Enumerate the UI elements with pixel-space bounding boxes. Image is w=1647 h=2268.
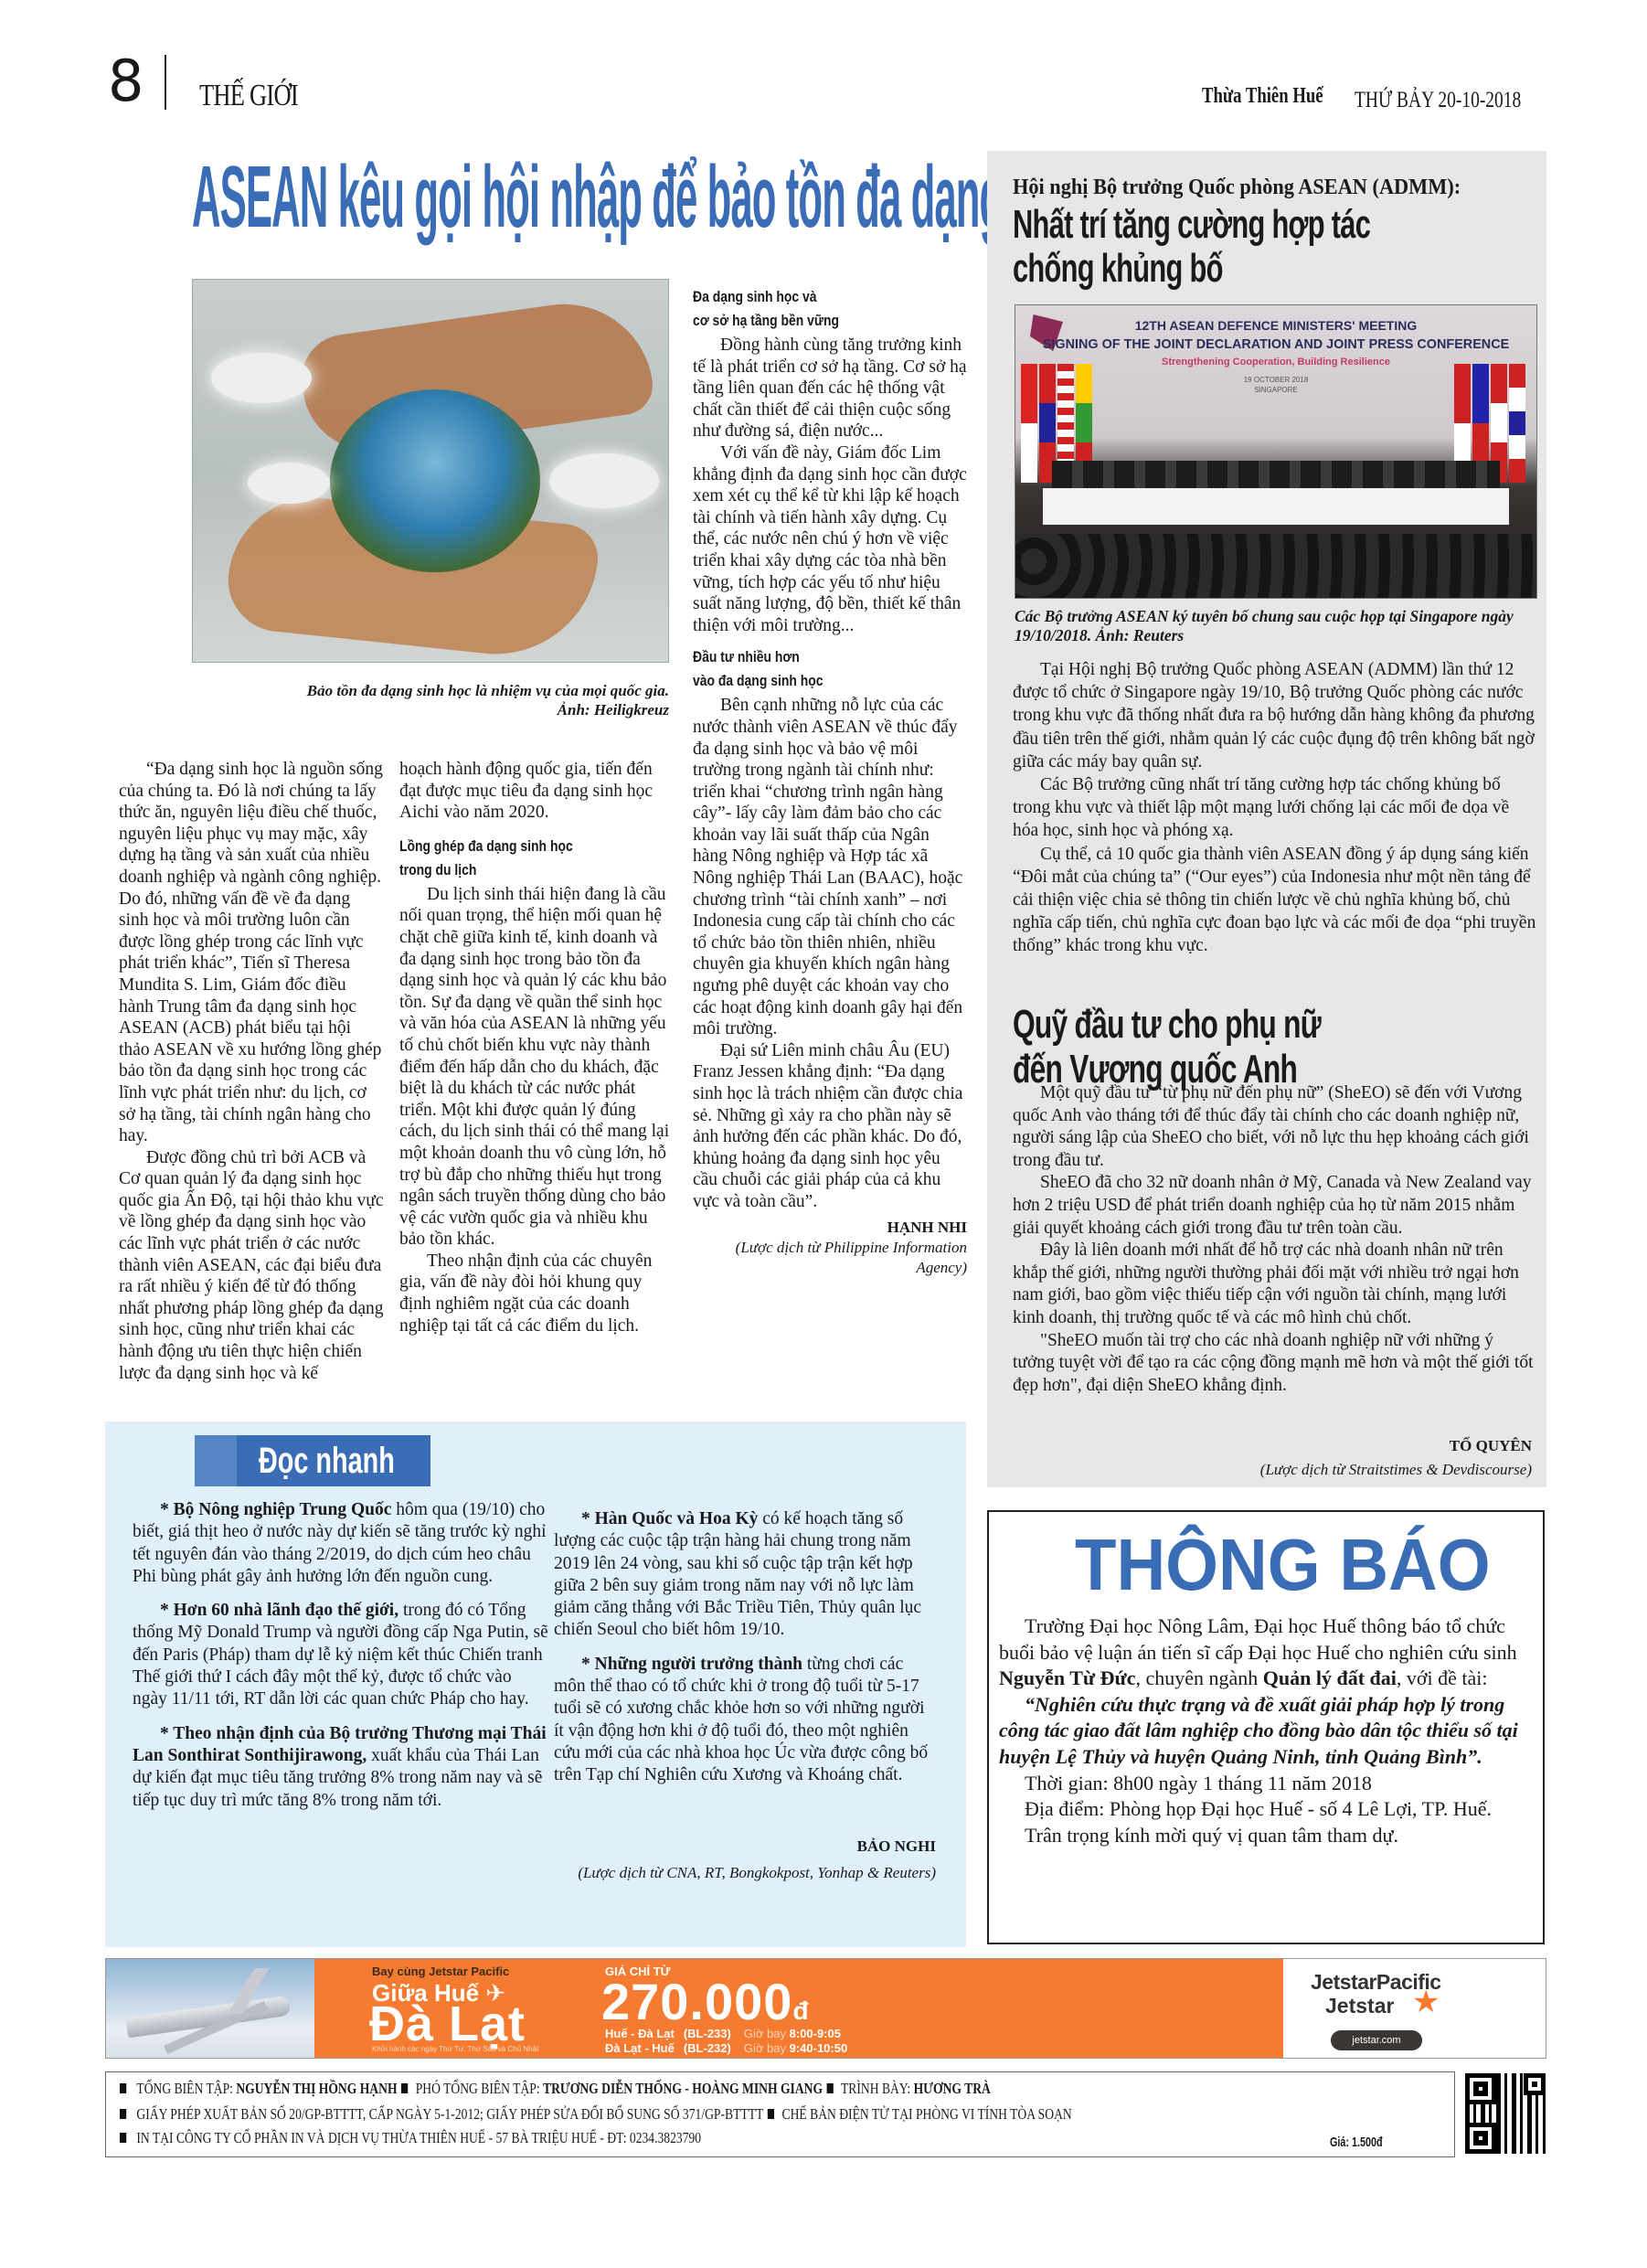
paragraph: Các Bộ trưởng cũng nhất trí tăng cường h… <box>1013 773 1538 843</box>
quick-read-column-1: * Bộ Nông nghiệp Trung Quốc hôm qua (19/… <box>133 1499 548 1824</box>
paragraph: Đây là liên doanh mới nhất để hỗ trợ các… <box>1013 1240 1538 1329</box>
article-column-2: hoạch hành động quốc gia, tiến đến đạt đ… <box>399 759 672 1336</box>
paragraph: Du lịch sinh thái hiện đang là cầu nối q… <box>399 884 672 1251</box>
tab-accent <box>195 1435 237 1486</box>
quick-read-label: Đọc nhanh <box>259 1443 395 1479</box>
paragraph: Một quỹ đầu tư “từ phụ nữ đến phụ nữ” (S… <box>1013 1082 1538 1172</box>
paragraph: Bên cạnh những nỗ lực của các nước thành… <box>693 695 967 1040</box>
star-icon: ★ <box>1412 1986 1440 2018</box>
quick-item-lead: * Những người trưởng thành <box>581 1655 802 1674</box>
ad-offer-panel: Bay cùng Jetstar Pacific Giữa Huế ✈ Đà L… <box>314 1959 1283 2059</box>
subheading-line: Lồng ghép đa dạng sinh học <box>399 835 622 858</box>
flight-time: 8:00-9:05 <box>790 2027 841 2040</box>
label: TRÌNH BÀY: <box>838 2080 914 2097</box>
quick-item-text: có kế hoạch tăng số lượng các cuộc tập t… <box>554 1509 921 1639</box>
caption-credit: Ảnh: Heiligkreuz <box>192 700 669 719</box>
lead-image-hands-globe <box>192 279 669 663</box>
author-byline: TỐ QUYÊN <box>1013 1437 1532 1455</box>
banner-text: SIGNING OF THE JOINT DECLARATION AND JOI… <box>1025 336 1525 352</box>
brand-logo-text: Jetstar <box>1325 1994 1394 2018</box>
paragraph: hoạch hành động quốc gia, tiến đến đạt đ… <box>399 759 672 824</box>
signing-table <box>1043 488 1509 525</box>
major-name: Quản lý đất đai <box>1263 1666 1397 1689</box>
flight-code: (BL-233) <box>684 2027 731 2040</box>
flight-row: Đà Lạt - Huế(BL-232)Giờ bay 9:40-10:50 <box>605 2041 847 2055</box>
thesis-title: “Nghiên cứu thực trạng và đề xuất giải p… <box>999 1692 1536 1771</box>
cloud-shape <box>211 353 312 403</box>
price-value: 270.000 <box>601 1973 792 2030</box>
prepress-text: CHẾ BẢN ĐIỆN TỬ TẠI PHÒNG VI TÍNH TÒA SO… <box>779 2105 1072 2123</box>
press-crowd <box>1015 534 1536 599</box>
footer-line-license: GIẤY PHÉP XUẤT BẢN SỐ 20/GP-BTTTT, CẤP N… <box>120 2105 1072 2124</box>
flag-icon <box>1021 364 1037 483</box>
subheading-line: cơ sở hạ tầng bền vững <box>693 309 918 333</box>
printer-text: IN TẠI CÔNG TY CỔ PHẦN IN VÀ DỊCH VỤ THỪ… <box>136 2129 701 2146</box>
quick-item: * Hơn 60 nhà lãnh đạo thế giới, trong đó… <box>133 1600 548 1710</box>
paragraph: Theo nhận định của các chuyên gia, vấn đ… <box>399 1251 672 1336</box>
quick-item-lead: * Hơn 60 nhà lãnh đạo thế giới, <box>160 1601 398 1620</box>
subheading: Lồng ghép đa dạng sinh học trong du lịch <box>399 835 622 882</box>
paragraph: Đồng hành cùng tăng trưởng kinh tế là ph… <box>693 335 967 442</box>
headline-line: Nhất trí tăng cường hợp tác <box>1013 203 1370 247</box>
issue-date: THỨ BẢY 20-10-2018 <box>1355 88 1521 113</box>
notice-location: Địa điểm: Phòng họp Đại học Huế - số 4 L… <box>999 1796 1536 1823</box>
footer-line-editors: TỔNG BIÊN TẬP: NGUYỄN THỊ HỒNG HẠNH PHÓ … <box>120 2080 991 2098</box>
source-note: (Lược dịch từ Straitstimes & Devdiscours… <box>1013 1461 1532 1479</box>
earth-globe-icon <box>330 389 540 572</box>
masthead-footer: TỔNG BIÊN TẬP: NGUYỄN THỊ HỒNG HẠNH PHÓ … <box>105 2071 1455 2157</box>
banner-text: 12TH ASEAN DEFENCE MINISTERS' MEETING <box>1015 318 1536 333</box>
quick-item-lead: * Hàn Quốc và Hoa Kỳ <box>581 1509 758 1528</box>
notice-body: Trường Đại học Nông Lâm, Đại học Huế thô… <box>999 1613 1536 1848</box>
flight-code: (BL-232) <box>684 2041 731 2055</box>
quick-item-text: từng chơi các môn thể thao có tổ chức kh… <box>554 1655 928 1784</box>
qr-code-icon[interactable] <box>1465 2073 1546 2154</box>
label: TỔNG BIÊN TẬP: <box>136 2080 236 2097</box>
ad-kicker: Bay cùng Jetstar Pacific <box>372 1965 509 1978</box>
caption-text: Bảo tồn đa dạng sinh học là nhiệm vụ của… <box>192 681 669 700</box>
quick-item-lead: * Bộ Nông nghiệp Trung Quốc <box>160 1500 391 1519</box>
subheading-line: trong du lịch <box>399 858 622 882</box>
bullet-square-icon <box>120 2133 126 2143</box>
deputy-names: TRƯƠNG DIỄN THỐNG - HOÀNG MINH GIANG <box>543 2080 823 2097</box>
bullet-square-icon <box>768 2109 774 2119</box>
subheading: Đa dạng sinh học và cơ sở hạ tầng bền vữ… <box>693 285 918 333</box>
quick-item: * Theo nhận định của Bộ trưởng Thương mạ… <box>133 1723 548 1812</box>
header-divider <box>165 55 166 110</box>
paragraph: Tại Hội nghị Bộ trưởng Quốc phòng ASEAN … <box>1013 658 1538 773</box>
paragraph: Cụ thể, cả 10 quốc gia thành viên ASEAN … <box>1013 843 1538 958</box>
flight-time-label: Giờ bay <box>744 2041 786 2055</box>
quick-read-column-2: * Hàn Quốc và Hoa Kỳ có kế hoạch tăng số… <box>554 1508 938 1799</box>
flag-icon <box>1509 364 1525 483</box>
source-note: (Lược dịch từ CNA, RT, Bongkokpost, Yonh… <box>554 1861 936 1884</box>
cloud-shape <box>248 463 330 504</box>
author-byline: HẠNH NHI <box>693 1217 967 1239</box>
ad-brand-panel: JetstarPacific Jetstar ★ jetstar.com <box>1283 1959 1546 2059</box>
flight-row: Huế - Đà Lạt(BL-233)Giờ bay 8:00-9:05 <box>605 2027 841 2040</box>
article-column-3: Đa dạng sinh học và cơ sở hạ tầng bền vữ… <box>693 282 967 1278</box>
paragraph: SheEO đã cho 32 nữ doanh nhân ở Mỹ, Cana… <box>1013 1172 1538 1240</box>
text: , chuyên ngành <box>1135 1666 1262 1689</box>
quick-item: * Hàn Quốc và Hoa Kỳ có kế hoạch tăng số… <box>554 1508 938 1642</box>
footer-line-printer: IN TẠI CÔNG TY CỔ PHẦN IN VÀ DỊCH VỤ THỪ… <box>120 2129 701 2147</box>
author-byline: BẢO NGHI <box>554 1837 936 1856</box>
photo-caption: Các Bộ trưởng ASEAN ký tuyên bố chung sa… <box>1015 607 1545 645</box>
section-title: THẾ GIỚI <box>199 79 298 113</box>
ad-destination: Đà Lạt <box>369 1996 526 2052</box>
subheading-line: vào đa dạng sinh học <box>693 669 918 693</box>
bullet-square-icon <box>401 2083 408 2093</box>
paragraph: “Đa dạng sinh học là nguồn sống của chún… <box>119 759 384 1147</box>
notice-title: THÔNG BÁO <box>1075 1528 1491 1602</box>
quick-item: * Bộ Nông nghiệp Trung Quốc hôm qua (19/… <box>133 1499 548 1588</box>
paragraph: Đại sứ Liên minh châu Âu (EU) Franz Jess… <box>693 1040 967 1213</box>
ministers-row <box>1052 461 1500 492</box>
text: Trường Đại học Nông Lâm, Đại học Huế thô… <box>999 1614 1517 1664</box>
bullet-square-icon <box>120 2109 126 2119</box>
source-note: (Lược dịch từ Philippine Information Age… <box>693 1238 967 1278</box>
headline-line: Quỹ đầu tư cho phụ nữ <box>1013 1002 1321 1047</box>
license-text: GIẤY PHÉP XUẤT BẢN SỐ 20/GP-BTTTT, CẤP N… <box>136 2105 763 2123</box>
candidate-name: Nguyễn Từ Đức <box>999 1666 1135 1689</box>
currency-symbol: đ <box>792 1996 809 2025</box>
subheading-line: Đầu tư nhiều hơn <box>693 645 918 669</box>
headline-line: chống khủng bố <box>1013 247 1370 291</box>
editor-name: NGUYỄN THỊ HỒNG HẠNH <box>236 2080 397 2097</box>
flight-time: 9:40-10:50 <box>790 2041 848 2055</box>
flight-time-label: Giờ bay <box>744 2027 786 2040</box>
layout-name: HƯƠNG TRÀ <box>914 2080 991 2097</box>
qr-finder <box>1524 2073 1546 2095</box>
sidebar-article-body: Tại Hội nghị Bộ trưởng Quốc phòng ASEAN … <box>1013 658 1538 958</box>
website-link-button[interactable]: jetstar.com <box>1331 2030 1422 2050</box>
sidebar-headline-2: Quỹ đầu tư cho phụ nữ đến Vương quốc Anh <box>1013 1002 1321 1091</box>
bullet-square-icon <box>120 2083 126 2093</box>
article-column-1: “Đa dạng sinh học là nguồn sống của chún… <box>119 759 384 1384</box>
newspaper-masthead: Thừa Thiên Huế <box>1202 84 1323 109</box>
paragraph: Được đồng chủ trì bởi ACB và Cơ quan quả… <box>119 1147 384 1385</box>
lead-image-caption: Bảo tồn đa dạng sinh học là nhiệm vụ của… <box>192 681 669 719</box>
flight-route: Đà Lạt - Huế <box>605 2041 675 2055</box>
subheading: Đầu tư nhiều hơn vào đa dạng sinh học <box>693 645 918 693</box>
cloud-shape <box>549 453 659 508</box>
quick-item: * Những người trưởng thành từng chơi các… <box>554 1654 938 1787</box>
page-number: 8 <box>108 53 143 110</box>
ad-schedule-note: Khởi hành các ngày Thứ Tư, Thứ Sáu và Ch… <box>372 2045 538 2053</box>
airplane-photo <box>106 1959 314 2059</box>
subheading-line: Đa dạng sinh học và <box>693 285 918 309</box>
ad-price: 270.000đ <box>601 1972 810 2031</box>
paragraph: "SheEO muốn tài trợ cho các nhà doanh ng… <box>1013 1330 1538 1398</box>
bullet-square-icon <box>827 2083 834 2093</box>
sidebar-article-2-body: Một quỹ đầu tư “từ phụ nữ đến phụ nữ” (S… <box>1013 1082 1538 1397</box>
conference-photo: 12TH ASEAN DEFENCE MINISTERS' MEETING SI… <box>1015 304 1537 599</box>
label: PHÓ TỔNG BIÊN TẬP: <box>412 2080 543 2097</box>
cover-price: Giá: 1.500đ <box>1330 2135 1383 2150</box>
jetstar-advertisement[interactable]: Bay cùng Jetstar Pacific Giữa Huế ✈ Đà L… <box>105 1958 1546 2059</box>
paragraph: Với vấn đề này, Giám đốc Lim khẳng định … <box>693 442 967 636</box>
sidebar-headline: Nhất trí tăng cường hợp tác chống khủng … <box>1013 203 1370 291</box>
notice-intro: Trường Đại học Nông Lâm, Đại học Huế thô… <box>999 1613 1536 1692</box>
text: , với đề tài: <box>1397 1666 1488 1689</box>
sidebar-kicker: Hội nghị Bộ trưởng Quốc phòng ASEAN (ADM… <box>1013 176 1461 200</box>
flight-route: Huế - Đà Lạt <box>605 2027 675 2040</box>
notice-time: Thời gian: 8h00 ngày 1 tháng 11 năm 2018 <box>999 1771 1536 1797</box>
notice-closing: Trân trọng kính mời quý vị quan tâm tham… <box>999 1823 1536 1849</box>
